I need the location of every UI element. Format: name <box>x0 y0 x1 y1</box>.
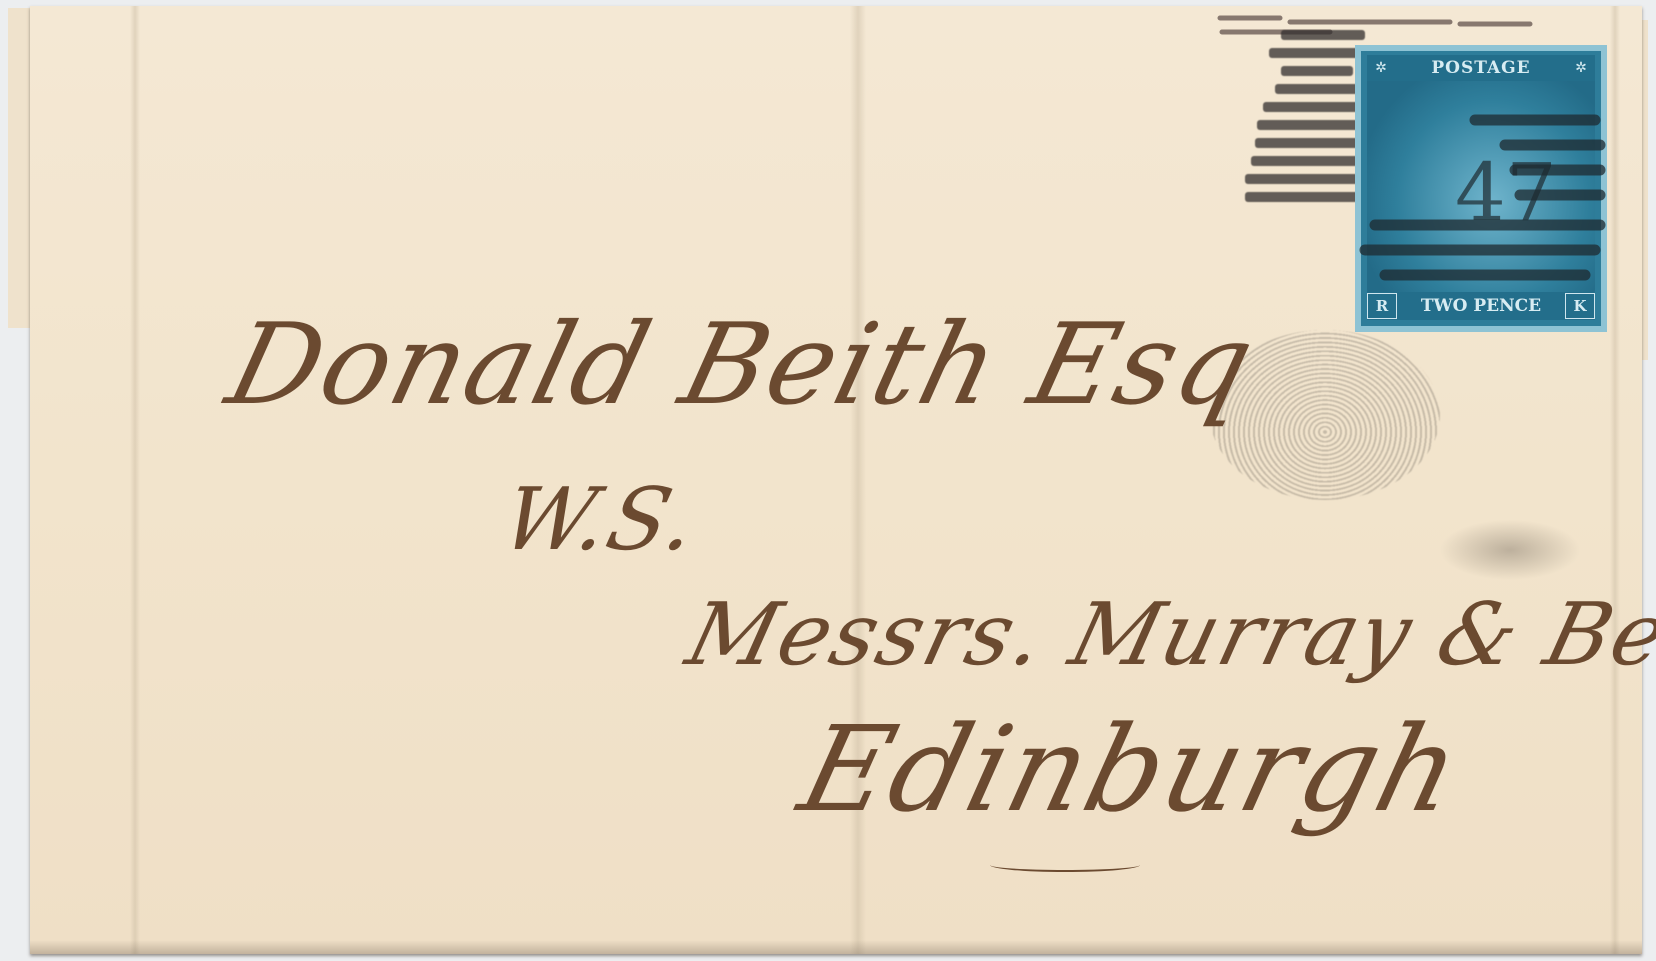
city-underline-flourish <box>990 858 1140 872</box>
fold-line <box>130 6 140 954</box>
fold-line <box>1610 6 1620 954</box>
address-line-firm: Messrs. Murray & Beith <box>678 585 1656 685</box>
address-line-title: W.S. <box>493 470 710 570</box>
ink-smudge <box>1440 520 1580 580</box>
barred-cancellation <box>1245 30 1365 240</box>
svg-text:47: 47 <box>1455 146 1557 239</box>
address-line-city: Edinburgh <box>788 700 1475 838</box>
address-line-name: Donald Beith Esq <box>216 300 1268 430</box>
two-penny-blue-stamp: POSTAGE ✲ ✲ R TWO PENCE K 47 <box>1355 45 1607 332</box>
numeral-obliterator: 47 <box>1355 45 1607 332</box>
